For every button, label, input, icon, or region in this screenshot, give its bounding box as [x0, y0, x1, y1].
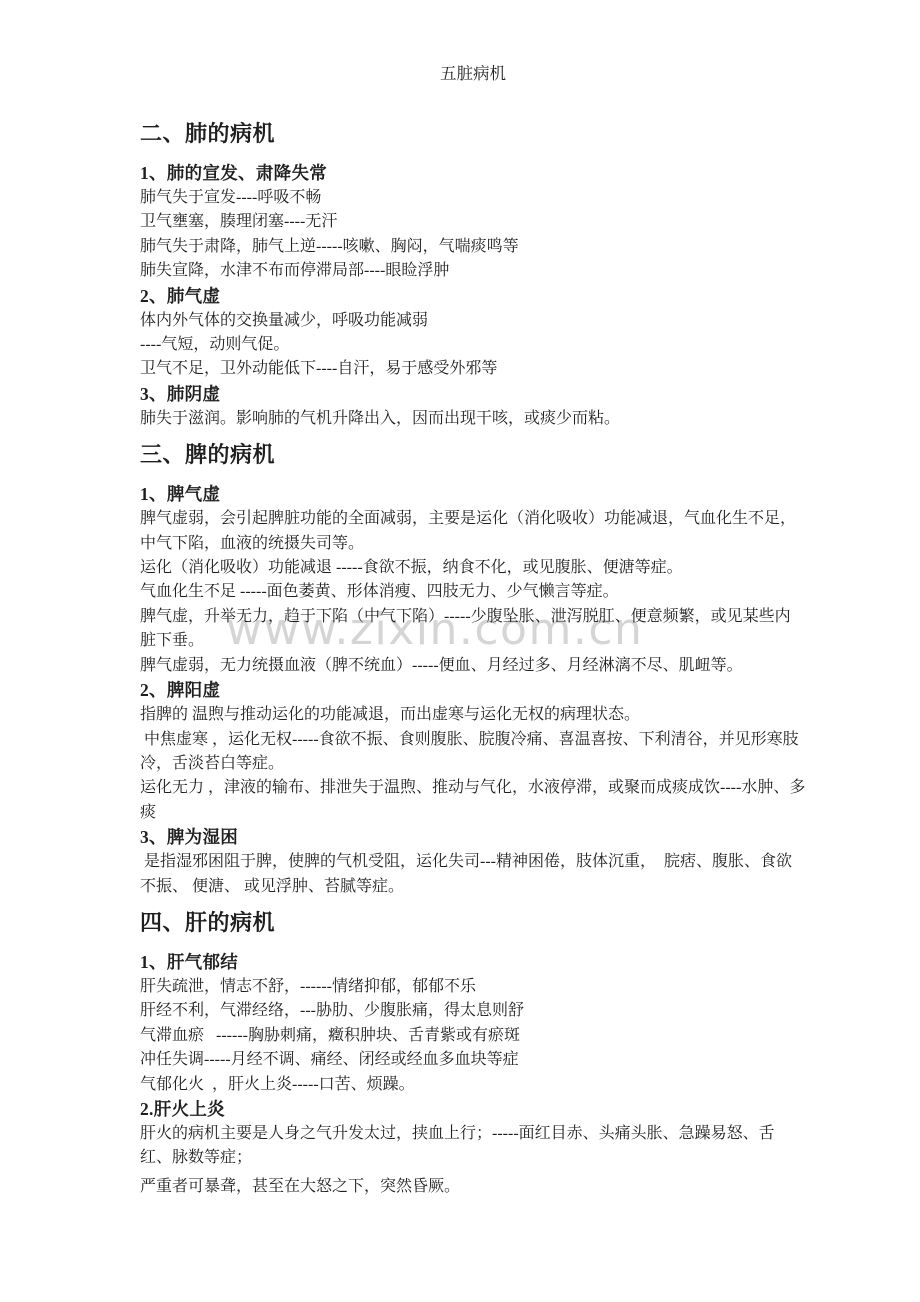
paragraph: 脾气虚，升举无力，趋于下陷（中气下陷）-----少腹坠胀、泄泻脱肛、便意频繁，或…: [140, 605, 806, 654]
document-body: 二、肺的病机 1、肺的宣发、肃降失常 肺气失于宣发----呼吸不畅 卫气壅塞，腠…: [140, 86, 806, 1199]
paragraph: 脾气虚弱，会引起脾脏功能的全面减弱，主要是运化（消化吸收）功能减退，气血化生不足…: [140, 507, 806, 556]
subsection-heading-spleen-damp-encumbrance: 3、脾为湿困: [140, 825, 806, 850]
paragraph: 肺气失于肃降，肺气上逆-----咳嗽、胸闷，气喘痰鸣等: [140, 235, 806, 259]
paragraph: 肝失疏泄，情志不舒，------情绪抑郁，郁郁不乐: [140, 975, 806, 999]
paragraph: 脾气虚弱，无力统摄血液（脾不统血）-----便血、月经过多、月经淋漓不尽、肌衄等…: [140, 654, 806, 678]
section-heading-lung: 二、肺的病机: [140, 119, 806, 149]
paragraph: 是指湿邪困阻于脾，使脾的气机受阻，运化失司---精神困倦，肢体沉重， 脘痞、腹胀…: [140, 850, 806, 899]
section-heading-liver: 四、肝的病机: [140, 908, 806, 938]
section-heading-spleen: 三、脾的病机: [140, 440, 806, 470]
subsection-heading-liver-qi-stagnation: 1、肝气郁结: [140, 950, 806, 975]
paragraph: 气滞血瘀 ------胸胁刺痛，癥积肿块、舌青紫或有瘀斑: [140, 1024, 806, 1048]
paragraph: 指脾的 温煦与推动运化的功能减退，而出虚寒与运化无权的病理状态。: [140, 703, 806, 727]
paragraph: 肝经不利，气滞经络，---胁肋、少腹胀痛，得太息则舒: [140, 999, 806, 1023]
paragraph: 中焦虚寒 ，运化无权-----食欲不振、食则腹胀、脘腹冷痛、喜温喜按、下利清谷，…: [140, 728, 806, 777]
blank-line: [140, 86, 806, 110]
paragraph: 肺气失于宣发----呼吸不畅: [140, 186, 806, 210]
paragraph: ----气短，动则气促。: [140, 333, 806, 357]
subsection-heading-lung-yin-deficiency: 3、肺阴虚: [140, 382, 806, 407]
subsection-heading-spleen-yang-deficiency: 2、脾阳虚: [140, 678, 806, 703]
subsection-heading-lung-dispersion-failure: 1、肺的宣发、肃降失常: [140, 161, 806, 186]
paragraph: 卫气壅塞，腠理闭塞----无汗: [140, 210, 806, 234]
paragraph: 运化（消化吸收）功能减退 -----食欲不振，纳食不化，或见腹胀、便溏等症。: [140, 556, 806, 580]
paragraph: 肺失于滋润。影响肺的气机升降出入，因而出现干咳，或痰少而粘。: [140, 407, 806, 431]
paragraph: 气血化生不足 -----面色萎黄、形体消瘦、四肢无力、少气懒言等症。: [140, 580, 806, 604]
paragraph: 肺失宣降，水津不布而停滞局部----眼睑浮肿: [140, 259, 806, 283]
paragraph: 肝火的病机主要是人身之气升发太过，挟血上行；-----面红目赤、头痛头胀、急躁易…: [140, 1122, 806, 1171]
page-title: 五脏病机: [140, 62, 806, 86]
paragraph: 严重者可暴聋，甚至在大怒之下，突然昏厥。: [140, 1175, 806, 1199]
paragraph: 气郁化火 ，肝火上炎-----口苦、烦躁。: [140, 1073, 806, 1097]
subsection-heading-liver-fire-flaming: 2.肝火上炎: [140, 1097, 806, 1122]
subsection-heading-spleen-qi-deficiency: 1、脾气虚: [140, 482, 806, 507]
subsection-heading-lung-qi-deficiency: 2、肺气虚: [140, 284, 806, 309]
paragraph: 卫气不足，卫外动能低下----自汗，易于感受外邪等: [140, 357, 806, 381]
paragraph: 体内外气体的交换量减少，呼吸功能减弱: [140, 309, 806, 333]
paragraph: 冲任失调-----月经不调、痛经、闭经或经血多血块等症: [140, 1048, 806, 1072]
paragraph: 运化无力 ，津液的输布、排泄失于温煦、推动与气化，水液停滞，或聚而成痰成饮---…: [140, 776, 806, 825]
